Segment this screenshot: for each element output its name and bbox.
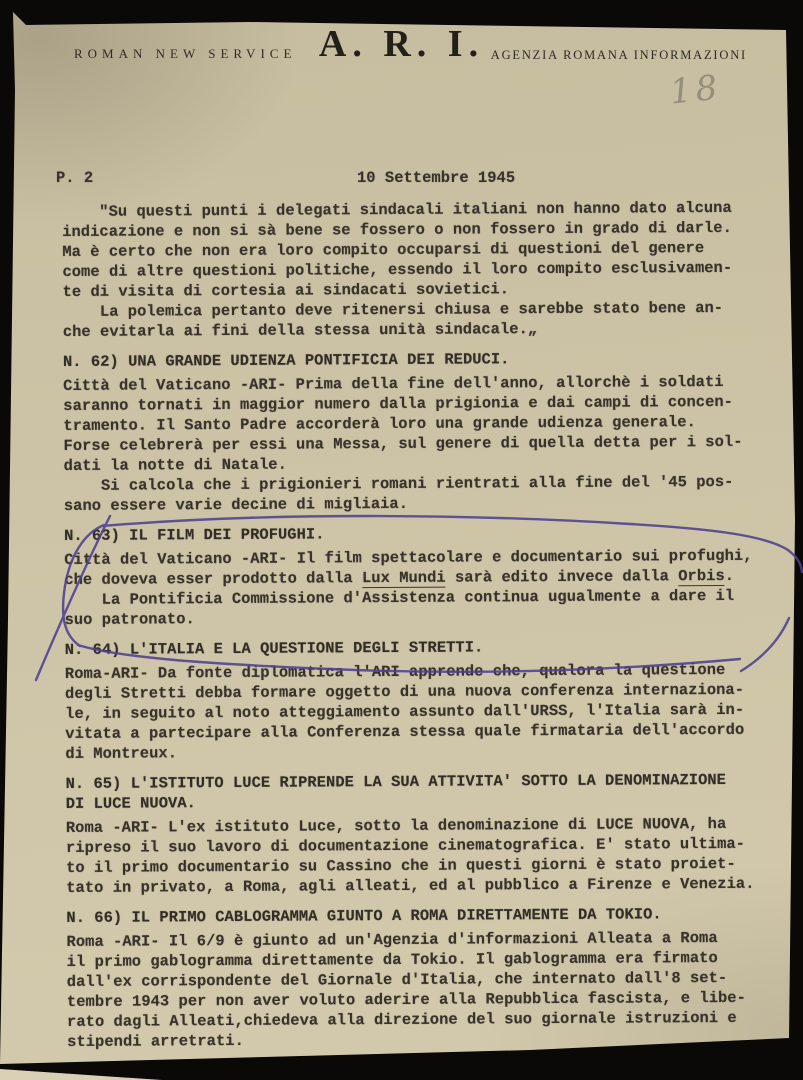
- typed-text-line: sano essere varie decine di migliaia.: [64, 492, 786, 516]
- photo-background: ROMAN NEW SERVICE A. R. I. AGENZIA ROMAN…: [0, 0, 803, 1080]
- typed-text-line: di Montreux.: [65, 740, 787, 764]
- section-heading-line: N. 62) UNA GRANDE UDIENZA PONTIFICIA DEI…: [63, 348, 785, 372]
- page-label: P. 2: [56, 168, 93, 188]
- handwritten-page-number: 18: [668, 67, 723, 112]
- news-section-n62-udienza-pontificia: N. 62) UNA GRANDE UDIENZA PONTIFICIA DEI…: [63, 348, 786, 516]
- section-heading-line: DI LUCE NUOVA.: [66, 790, 788, 814]
- news-section-n64-questione-stretti: N. 64) L'ITALIA E LA QUESTIONE DEGLI STR…: [65, 636, 788, 764]
- section-heading-line: N. 64) L'ITALIA E LA QUESTIONE DEGLI STR…: [65, 636, 787, 660]
- typed-text-line: tato in privato, a Roma, agli alleati, e…: [66, 874, 788, 898]
- typed-text-line: suo patronato.: [64, 606, 786, 630]
- news-section-sindacati-quote: "Su questi punti i delegati sindacali it…: [62, 198, 785, 342]
- masthead-right: AGENZIA ROMANA INFORMAZIONI: [491, 48, 747, 63]
- typed-text-line: stipendi arretrati.: [67, 1028, 789, 1052]
- typed-text-line: che evitarla ai fini della stessa unità …: [63, 318, 785, 342]
- news-section-n65-istituto-luce: N. 65) L'ISTITUTO LUCE RIPRENDE LA SUA A…: [65, 770, 788, 898]
- section-heading-line: N. 66) IL PRIMO CABLOGRAMMA GIUNTO A ROM…: [66, 904, 788, 928]
- date-line: 10 Settembre 1945: [357, 168, 515, 188]
- section-heading-line: N. 63) IL FILM DEI PROFUGHI.: [64, 522, 786, 546]
- news-section-n66-cablogramma-tokio: N. 66) IL PRIMO CABLOGRAMMA GIUNTO A ROM…: [66, 904, 789, 1052]
- news-section-n63-film-profughi: N. 63) IL FILM DEI PROFUGHI.Città del Va…: [64, 522, 787, 630]
- document-body: "Su questi punti i delegati sindacali it…: [62, 198, 789, 1052]
